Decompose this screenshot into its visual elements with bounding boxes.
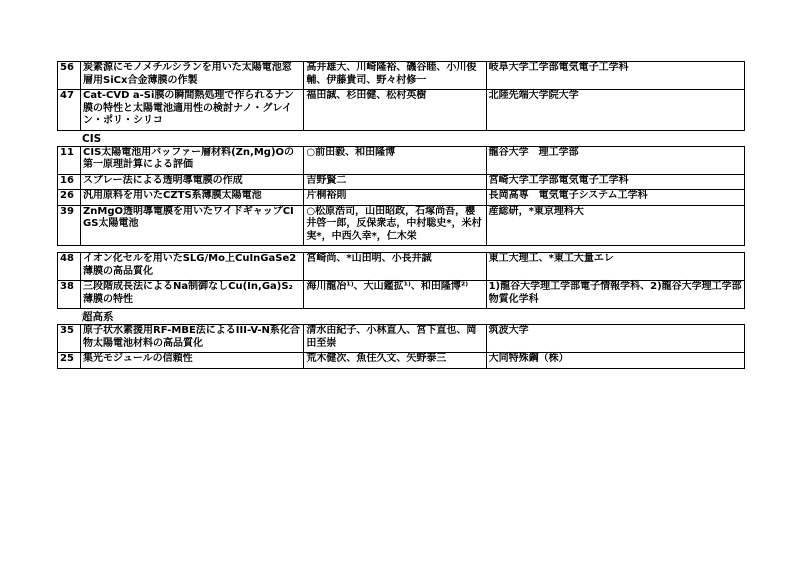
cell-authors: 荒木健次、魚住久文、矢野泰三 xyxy=(304,353,486,369)
cell-presentation-title: 集光モジュールの信頼性 xyxy=(81,353,304,369)
cell-presentation-number: 11 xyxy=(58,146,81,174)
cell-presentation-title: ZnMgO透明導電膜を用いたワイドギャップCIGS太陽電池 xyxy=(81,205,304,246)
cell-presentation-title: 炭素源にモノメチルシランを用いた太陽電池窓層用SiCx合金薄膜の作製 xyxy=(81,62,304,90)
table-row: 39ZnMgO透明導電膜を用いたワイドギャップCIGS太陽電池○松原浩司，山田昭… xyxy=(58,205,745,246)
program-table-block: 11CIS太陽電池用バッファー層材料(Zn,Mg)Oの第一原理計算による評価○前… xyxy=(57,146,745,247)
cell-presentation-number: 56 xyxy=(58,62,81,90)
program-table-block: 35原子状水素援用RF-MBE法によるIII-V-N系化合物太陽電池材料の高品質… xyxy=(57,324,745,369)
cell-presentation-number: 25 xyxy=(58,353,81,369)
document-page: 56炭素源にモノメチルシランを用いた太陽電池窓層用SiCx合金薄膜の作製高井雄大… xyxy=(0,0,800,565)
cell-authors: ○前田毅、和田隆博 xyxy=(304,146,486,174)
cell-presentation-number: 39 xyxy=(58,205,81,246)
cell-affiliation: 岐阜大学工学部電気電子工学科 xyxy=(486,62,744,90)
table-row: 56炭素源にモノメチルシランを用いた太陽電池窓層用SiCx合金薄膜の作製高井雄大… xyxy=(58,62,745,90)
table-row: 38三段階成長法によるNa制御なしCu(In,Ga)S₂薄膜の特性海川龍冶¹⁾、… xyxy=(58,281,745,309)
cell-affiliation: 宮崎大学工学部電気電子工学科 xyxy=(486,174,744,190)
cell-affiliation: 産総研，*東京理科大 xyxy=(486,205,744,246)
table-row: 16スプレー法による透明導電膜の作成吉野賢二宮崎大学工学部電気電子工学科 xyxy=(58,174,745,190)
section-label: 超高系 xyxy=(57,309,745,324)
cell-presentation-number: 26 xyxy=(58,190,81,206)
cell-authors: 吉野賢二 xyxy=(304,174,486,190)
table-row: 35原子状水素援用RF-MBE法によるIII-V-N系化合物太陽電池材料の高品質… xyxy=(58,325,745,353)
program-table-block: 56炭素源にモノメチルシランを用いた太陽電池窓層用SiCx合金薄膜の作製高井雄大… xyxy=(57,61,745,131)
cell-presentation-title: 三段階成長法によるNa制御なしCu(In,Ga)S₂薄膜の特性 xyxy=(81,281,304,309)
cell-authors: 片桐裕則 xyxy=(304,190,486,206)
cell-presentation-title: スプレー法による透明導電膜の作成 xyxy=(81,174,304,190)
cell-authors: 海川龍冶¹⁾、大山鑑拡¹⁾、和田隆博²⁾ xyxy=(304,281,486,309)
section-label: CIS xyxy=(57,131,745,146)
program-table-block: 48イオン化セルを用いたSLG/Mo上CuInGaSe2薄膜の高品質化宮崎尚、*… xyxy=(57,252,745,309)
cell-affiliation: 1)龍谷大学理工学部電子情報学科、2)龍谷大学理工学部物質化学科 xyxy=(486,281,744,309)
presentation-program-table: 56炭素源にモノメチルシランを用いた太陽電池窓層用SiCx合金薄膜の作製高井雄大… xyxy=(57,61,745,369)
cell-authors: 清水由紀子、小林直人、宮下直也、岡田至崇 xyxy=(304,325,486,353)
cell-presentation-title: イオン化セルを用いたSLG/Mo上CuInGaSe2薄膜の高品質化 xyxy=(81,253,304,281)
cell-presentation-title: 汎用原料を用いたCZTS系薄膜太陽電池 xyxy=(81,190,304,206)
table-row: 48イオン化セルを用いたSLG/Mo上CuInGaSe2薄膜の高品質化宮崎尚、*… xyxy=(58,253,745,281)
cell-presentation-title: Cat-CVD a-Si膜の瞬間熱処理で作られるナン膜の特性と太陽電池適用性の検… xyxy=(81,90,304,131)
cell-presentation-number: 48 xyxy=(58,253,81,281)
cell-affiliation: 大同特殊鋼（株） xyxy=(486,353,744,369)
cell-presentation-number: 35 xyxy=(58,325,81,353)
cell-affiliation: 龍谷大学 理工学部 xyxy=(486,146,744,174)
cell-authors: ○松原浩司，山田昭政，石塚尚吾，櫻井啓一郎，反保衆志，中村聡史*，米村実*，中西… xyxy=(304,205,486,246)
table-row: 25集光モジュールの信頼性荒木健次、魚住久文、矢野泰三大同特殊鋼（株） xyxy=(58,353,745,369)
cell-affiliation: 北陸先端大学院大学 xyxy=(486,90,744,131)
cell-affiliation: 東工大理工、*東工大量エレ xyxy=(486,253,744,281)
cell-presentation-number: 47 xyxy=(58,90,81,131)
cell-authors: 福田誠、杉田健、松村英樹 xyxy=(304,90,486,131)
table-row: 26汎用原料を用いたCZTS系薄膜太陽電池片桐裕則長岡高専 電気電子システム工学… xyxy=(58,190,745,206)
cell-presentation-number: 16 xyxy=(58,174,81,190)
cell-presentation-title: 原子状水素援用RF-MBE法によるIII-V-N系化合物太陽電池材料の高品質化 xyxy=(81,325,304,353)
table-row: 47Cat-CVD a-Si膜の瞬間熱処理で作られるナン膜の特性と太陽電池適用性… xyxy=(58,90,745,131)
cell-authors: 高井雄大、川崎隆裕、磯谷睦、小川俊輔、伊藤貴司、野々村修一 xyxy=(304,62,486,90)
table-row: 11CIS太陽電池用バッファー層材料(Zn,Mg)Oの第一原理計算による評価○前… xyxy=(58,146,745,174)
cell-presentation-number: 38 xyxy=(58,281,81,309)
cell-presentation-title: CIS太陽電池用バッファー層材料(Zn,Mg)Oの第一原理計算による評価 xyxy=(81,146,304,174)
cell-affiliation: 長岡高専 電気電子システム工学科 xyxy=(486,190,744,206)
cell-affiliation: 筑波大学 xyxy=(486,325,744,353)
cell-authors: 宮崎尚、*山田明、小長井誠 xyxy=(304,253,486,281)
